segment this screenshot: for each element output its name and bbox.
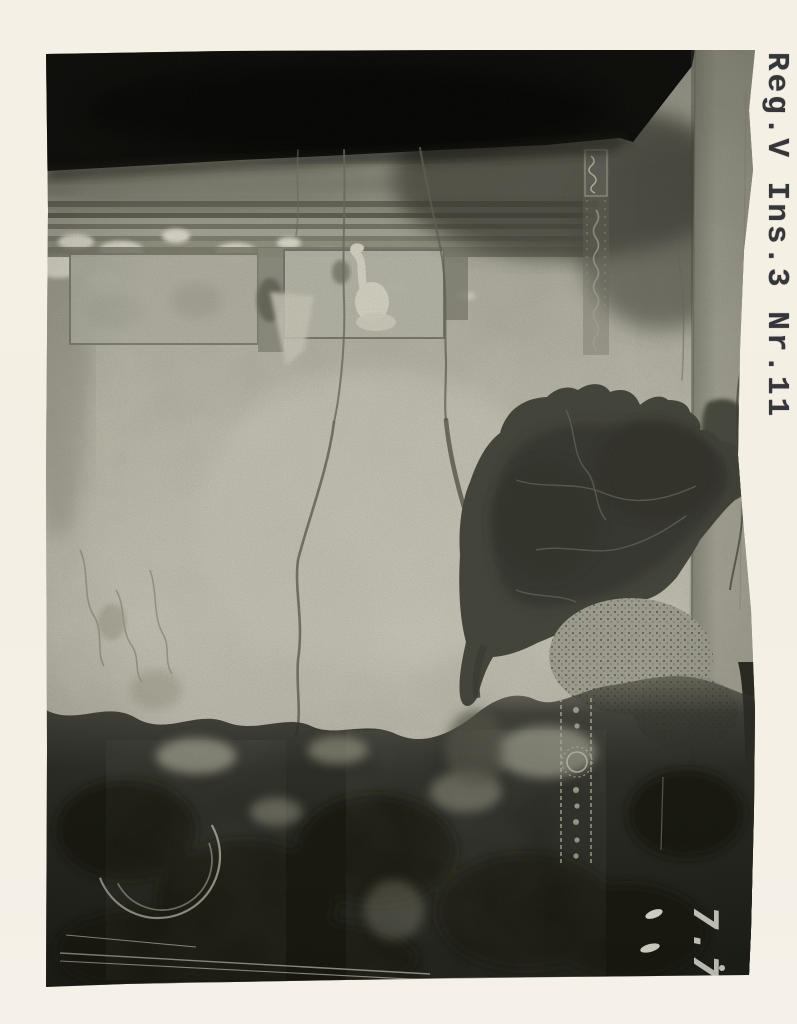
wall-photo-art: 7.7.: [46, 50, 755, 987]
vignette-overlay: [46, 50, 755, 987]
photo-print: { "photo": { "caption_side": "Reg.V Ins.…: [0, 0, 797, 1024]
photo-caption-vertical: Reg.V Ins.3 Nr.11: [752, 52, 794, 472]
wall-photograph: 7.7.: [46, 50, 755, 987]
